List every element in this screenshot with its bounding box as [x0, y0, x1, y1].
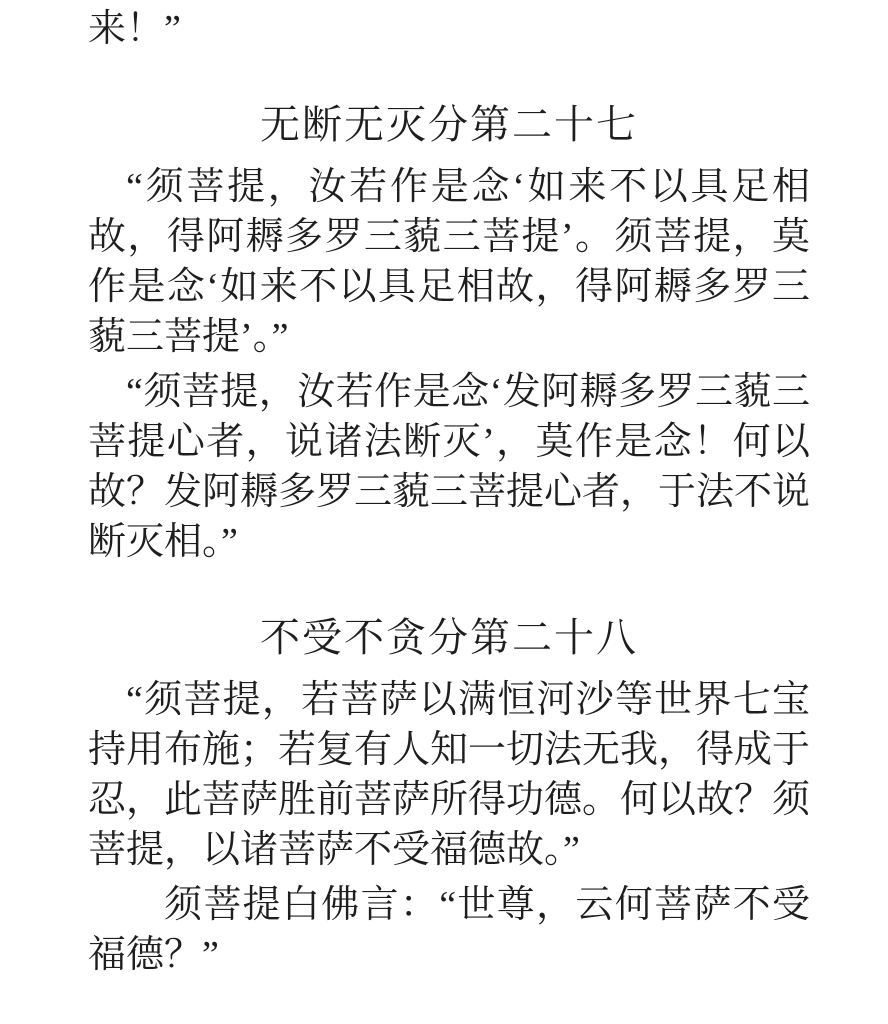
chapter-28-heading: 不受不贪分第二十八	[88, 613, 810, 663]
document-page: 来！” 无断无灭分第二十七 “须菩提，汝若作是念‘如来不以具足相故，得阿耨多罗三…	[0, 0, 888, 1024]
chapter-27-paragraph-2: “须菩提，汝若作是念‘发阿耨多罗三藐三菩提心者，说诸法断灭’，莫作是念！何以故？…	[88, 367, 810, 567]
section-chapter-28: 不受不贪分第二十八 “须菩提，若菩萨以满恒河沙等世界七宝持用布施；若复有人知一切…	[88, 613, 810, 980]
chapter-27-paragraph-1: “须菩提，汝若作是念‘如来不以具足相故，得阿耨多罗三藐三菩提’。须菩提，莫作是念…	[88, 162, 810, 362]
continuation-line: 来！”	[88, 4, 810, 54]
chapter-28-paragraph-2: 须菩提白佛言：“世尊，云何菩萨不受福德？”	[88, 880, 810, 980]
section-chapter-27: 无断无灭分第二十七 “须菩提，汝若作是念‘如来不以具足相故，得阿耨多罗三藐三菩提…	[88, 100, 810, 567]
chapter-27-heading: 无断无灭分第二十七	[88, 100, 810, 150]
chapter-28-paragraph-1: “须菩提，若菩萨以满恒河沙等世界七宝持用布施；若复有人知一切法无我，得成于忍，此…	[88, 675, 810, 875]
